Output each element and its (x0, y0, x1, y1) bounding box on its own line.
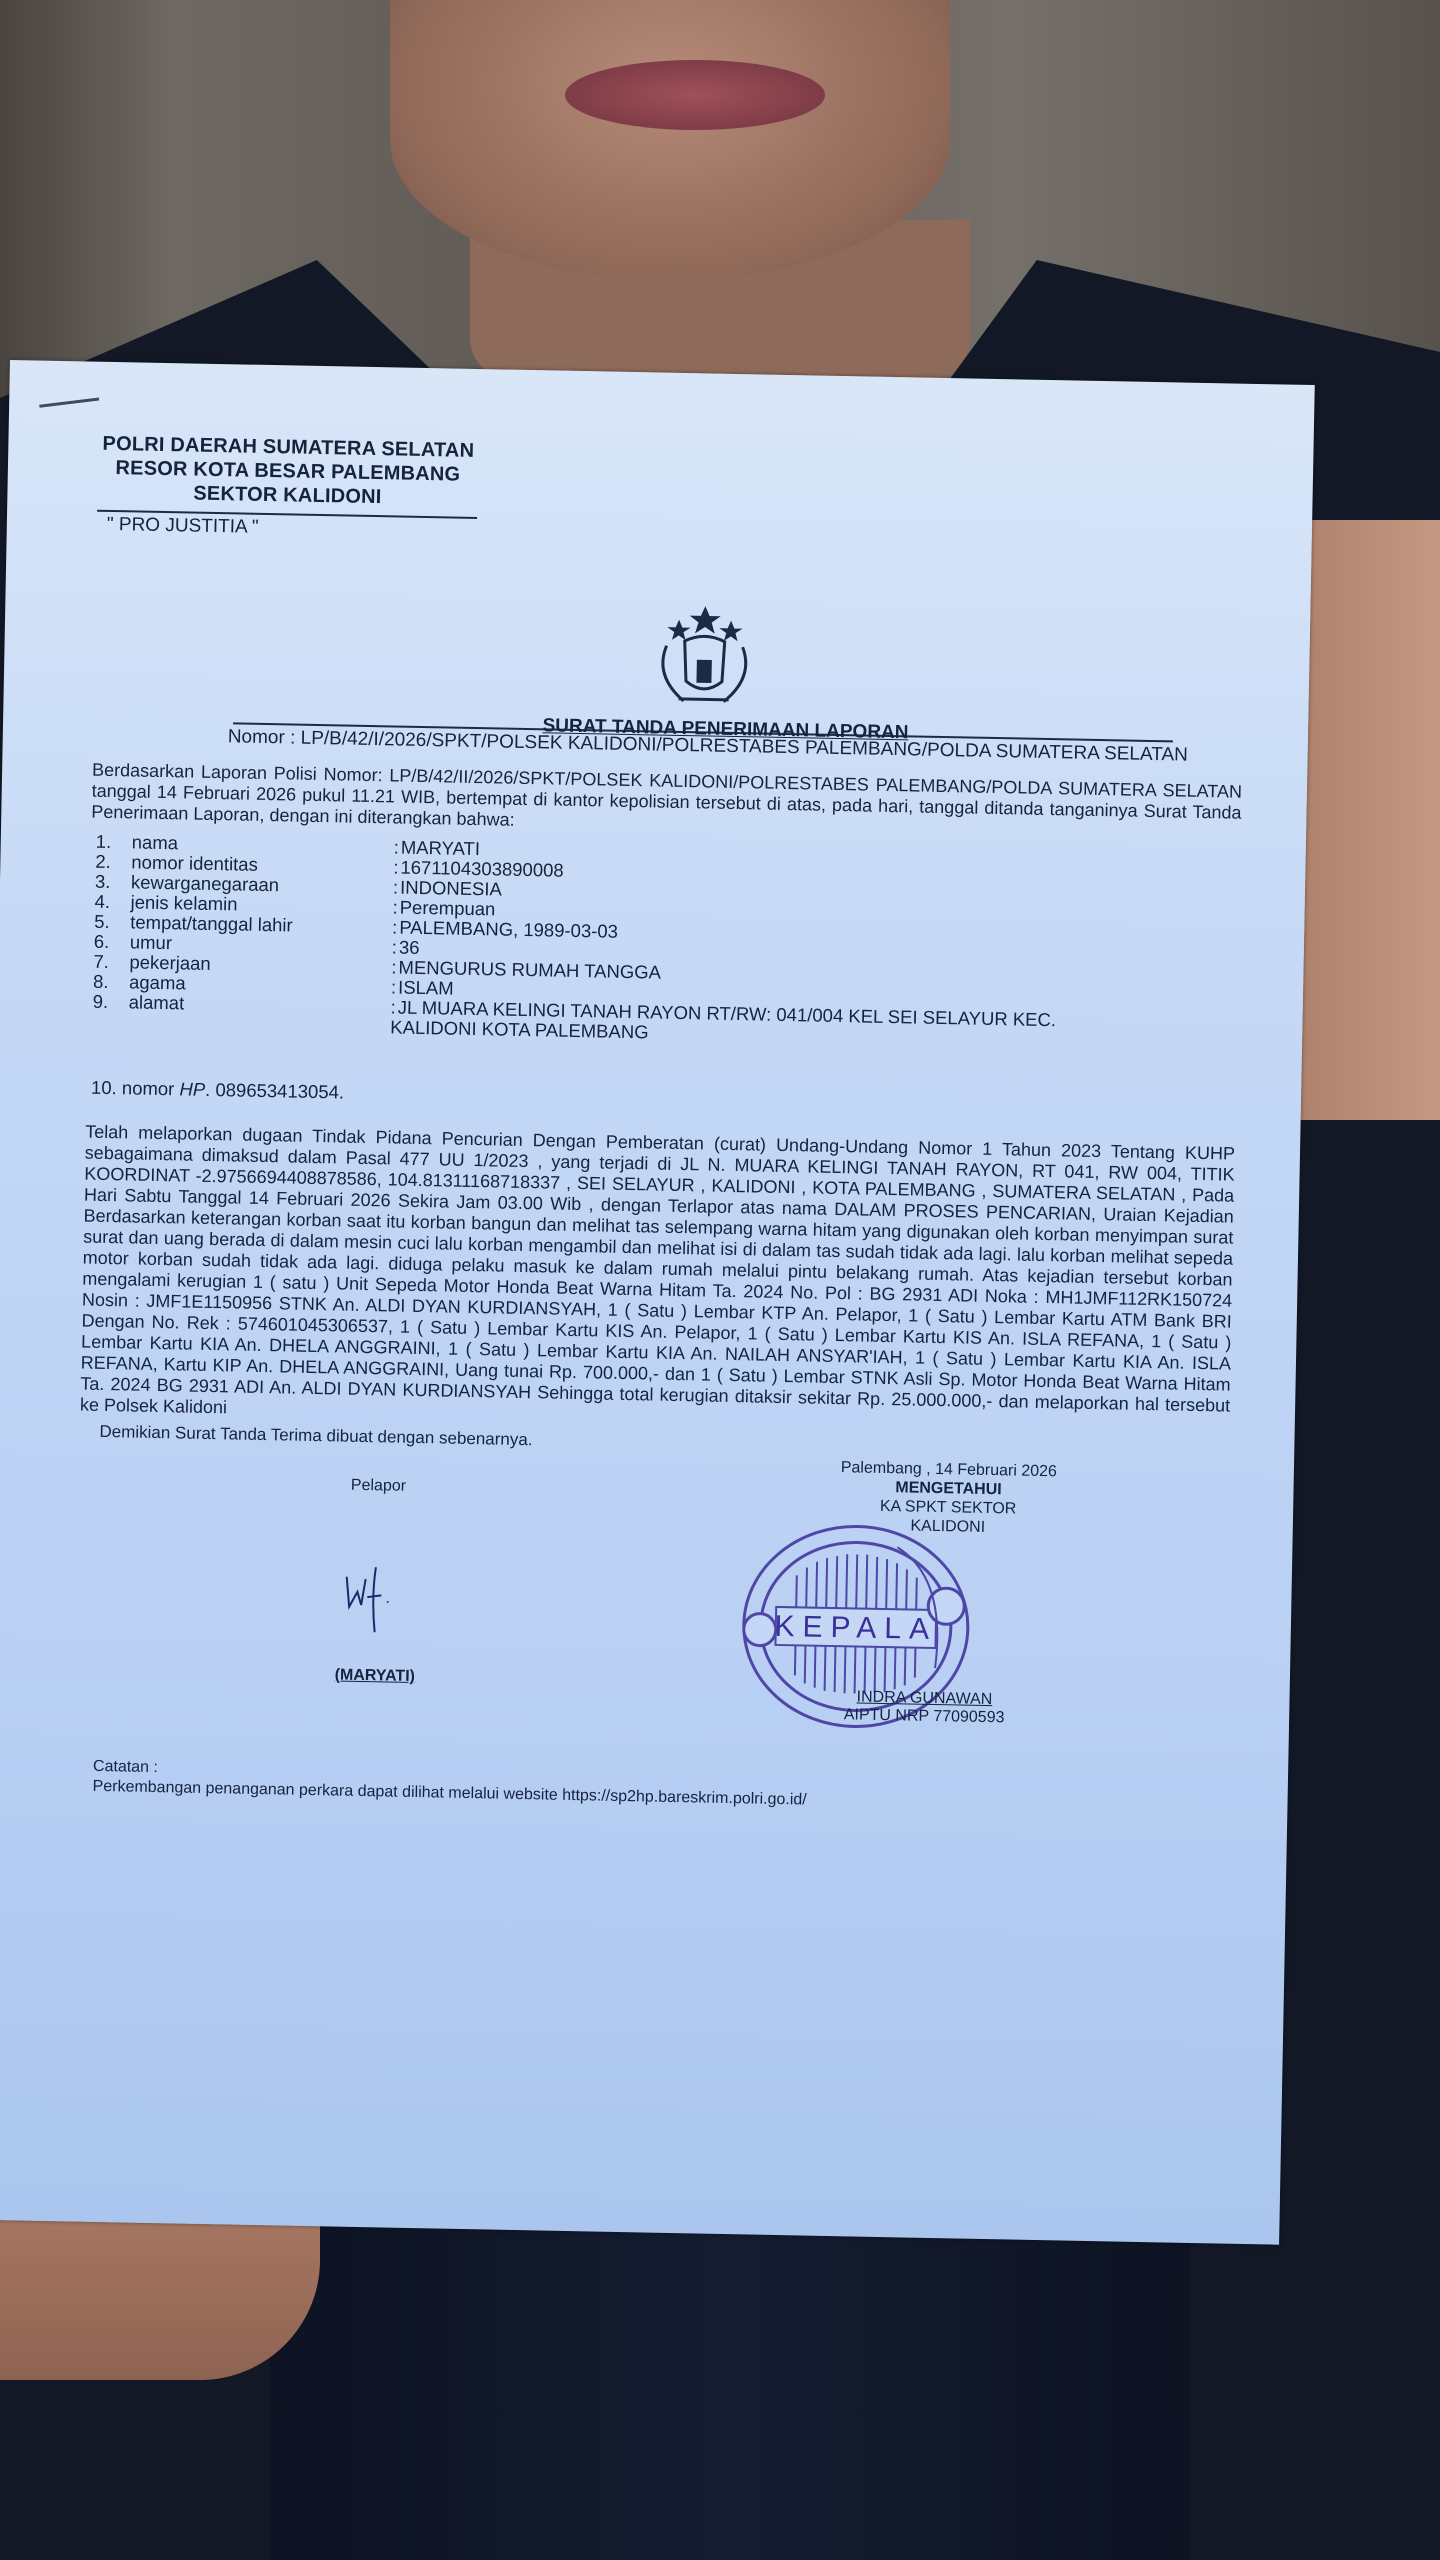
person-lips (565, 60, 825, 130)
reporter-identity-list: 1.namaMARYATI 2.nomor identitas167110430… (92, 832, 1196, 1053)
police-report-document: POLRI DAERAH SUMATERA SELATAN RESOR KOTA… (0, 360, 1315, 2245)
person-face (390, 0, 950, 280)
reporter-name: (MARYATI) (285, 1666, 465, 1687)
polri-emblem-icon (643, 600, 765, 712)
intro-paragraph: Berdasarkan Laporan Polisi Nomor: LP/B/4… (91, 760, 1242, 845)
closing-statement: Demikian Surat Tanda Terima dibuat denga… (99, 1422, 532, 1450)
officer-signature-block: INDRA GUNAWAN AIPTU NRP 77090593 (824, 1688, 1025, 1728)
pro-justitia: " PRO JUSTITIA " (107, 514, 259, 539)
svg-text:KEPALA: KEPALA (774, 1610, 937, 1646)
officer-rank-nrp: AIPTU NRP 77090593 (824, 1706, 1024, 1728)
note-section: Catatan : Perkembangan penanganan perkar… (92, 1757, 807, 1811)
phone-number-row: 10. nomor HP. 089653413054. (91, 1077, 344, 1104)
person-skirt (270, 2220, 1190, 2560)
incident-report-paragraph: Telah melaporkan dugaan Tindak Pidana Pe… (80, 1122, 1235, 1438)
reporter-role: Pelapor (278, 1475, 478, 1497)
pen-mark (39, 398, 99, 408)
reporter-signature (341, 1557, 413, 1638)
letterhead: POLRI DAERAH SUMATERA SELATAN RESOR KOTA… (97, 432, 478, 511)
